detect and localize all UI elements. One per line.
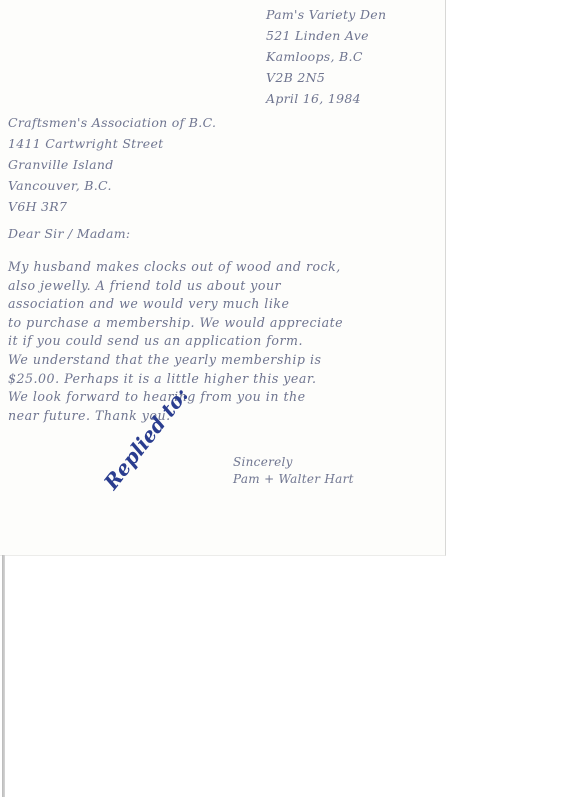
salutation: Dear Sir / Madam: [8, 226, 130, 241]
body-line: We understand that the yearly membership… [8, 351, 343, 370]
recipient-area: Granville Island [8, 154, 216, 175]
recipient-address-block: Craftsmen's Association of B.C. 1411 Car… [8, 112, 216, 217]
closing: Sincerely [233, 454, 354, 471]
body-line: it if you could send us an application f… [8, 332, 343, 351]
sender-street: 521 Linden Ave [266, 25, 386, 46]
sender-city: Kamloops, B.C [266, 46, 386, 67]
body-line: also jewelly. A friend told us about you… [8, 277, 343, 296]
second-sheet-edge [2, 555, 5, 797]
sender-name: Pam's Variety Den [266, 4, 386, 25]
closing-block: Sincerely Pam + Walter Hart [233, 454, 354, 488]
body-line: My husband makes clocks out of wood and … [8, 258, 343, 277]
sender-address-block: Pam's Variety Den 521 Linden Ave Kamloop… [266, 4, 386, 109]
body-line: association and we would very much like [8, 295, 343, 314]
recipient-name: Craftsmen's Association of B.C. [8, 112, 216, 133]
signature: Pam + Walter Hart [233, 471, 354, 488]
letter-page: Pam's Variety Den 521 Linden Ave Kamloop… [0, 0, 446, 556]
letter-date: April 16, 1984 [266, 88, 386, 109]
sender-postal-code: V2B 2N5 [266, 67, 386, 88]
recipient-street: 1411 Cartwright Street [8, 133, 216, 154]
recipient-postal-code: V6H 3R7 [8, 196, 216, 217]
recipient-city: Vancouver, B.C. [8, 175, 216, 196]
body-line: to purchase a membership. We would appre… [8, 314, 343, 333]
